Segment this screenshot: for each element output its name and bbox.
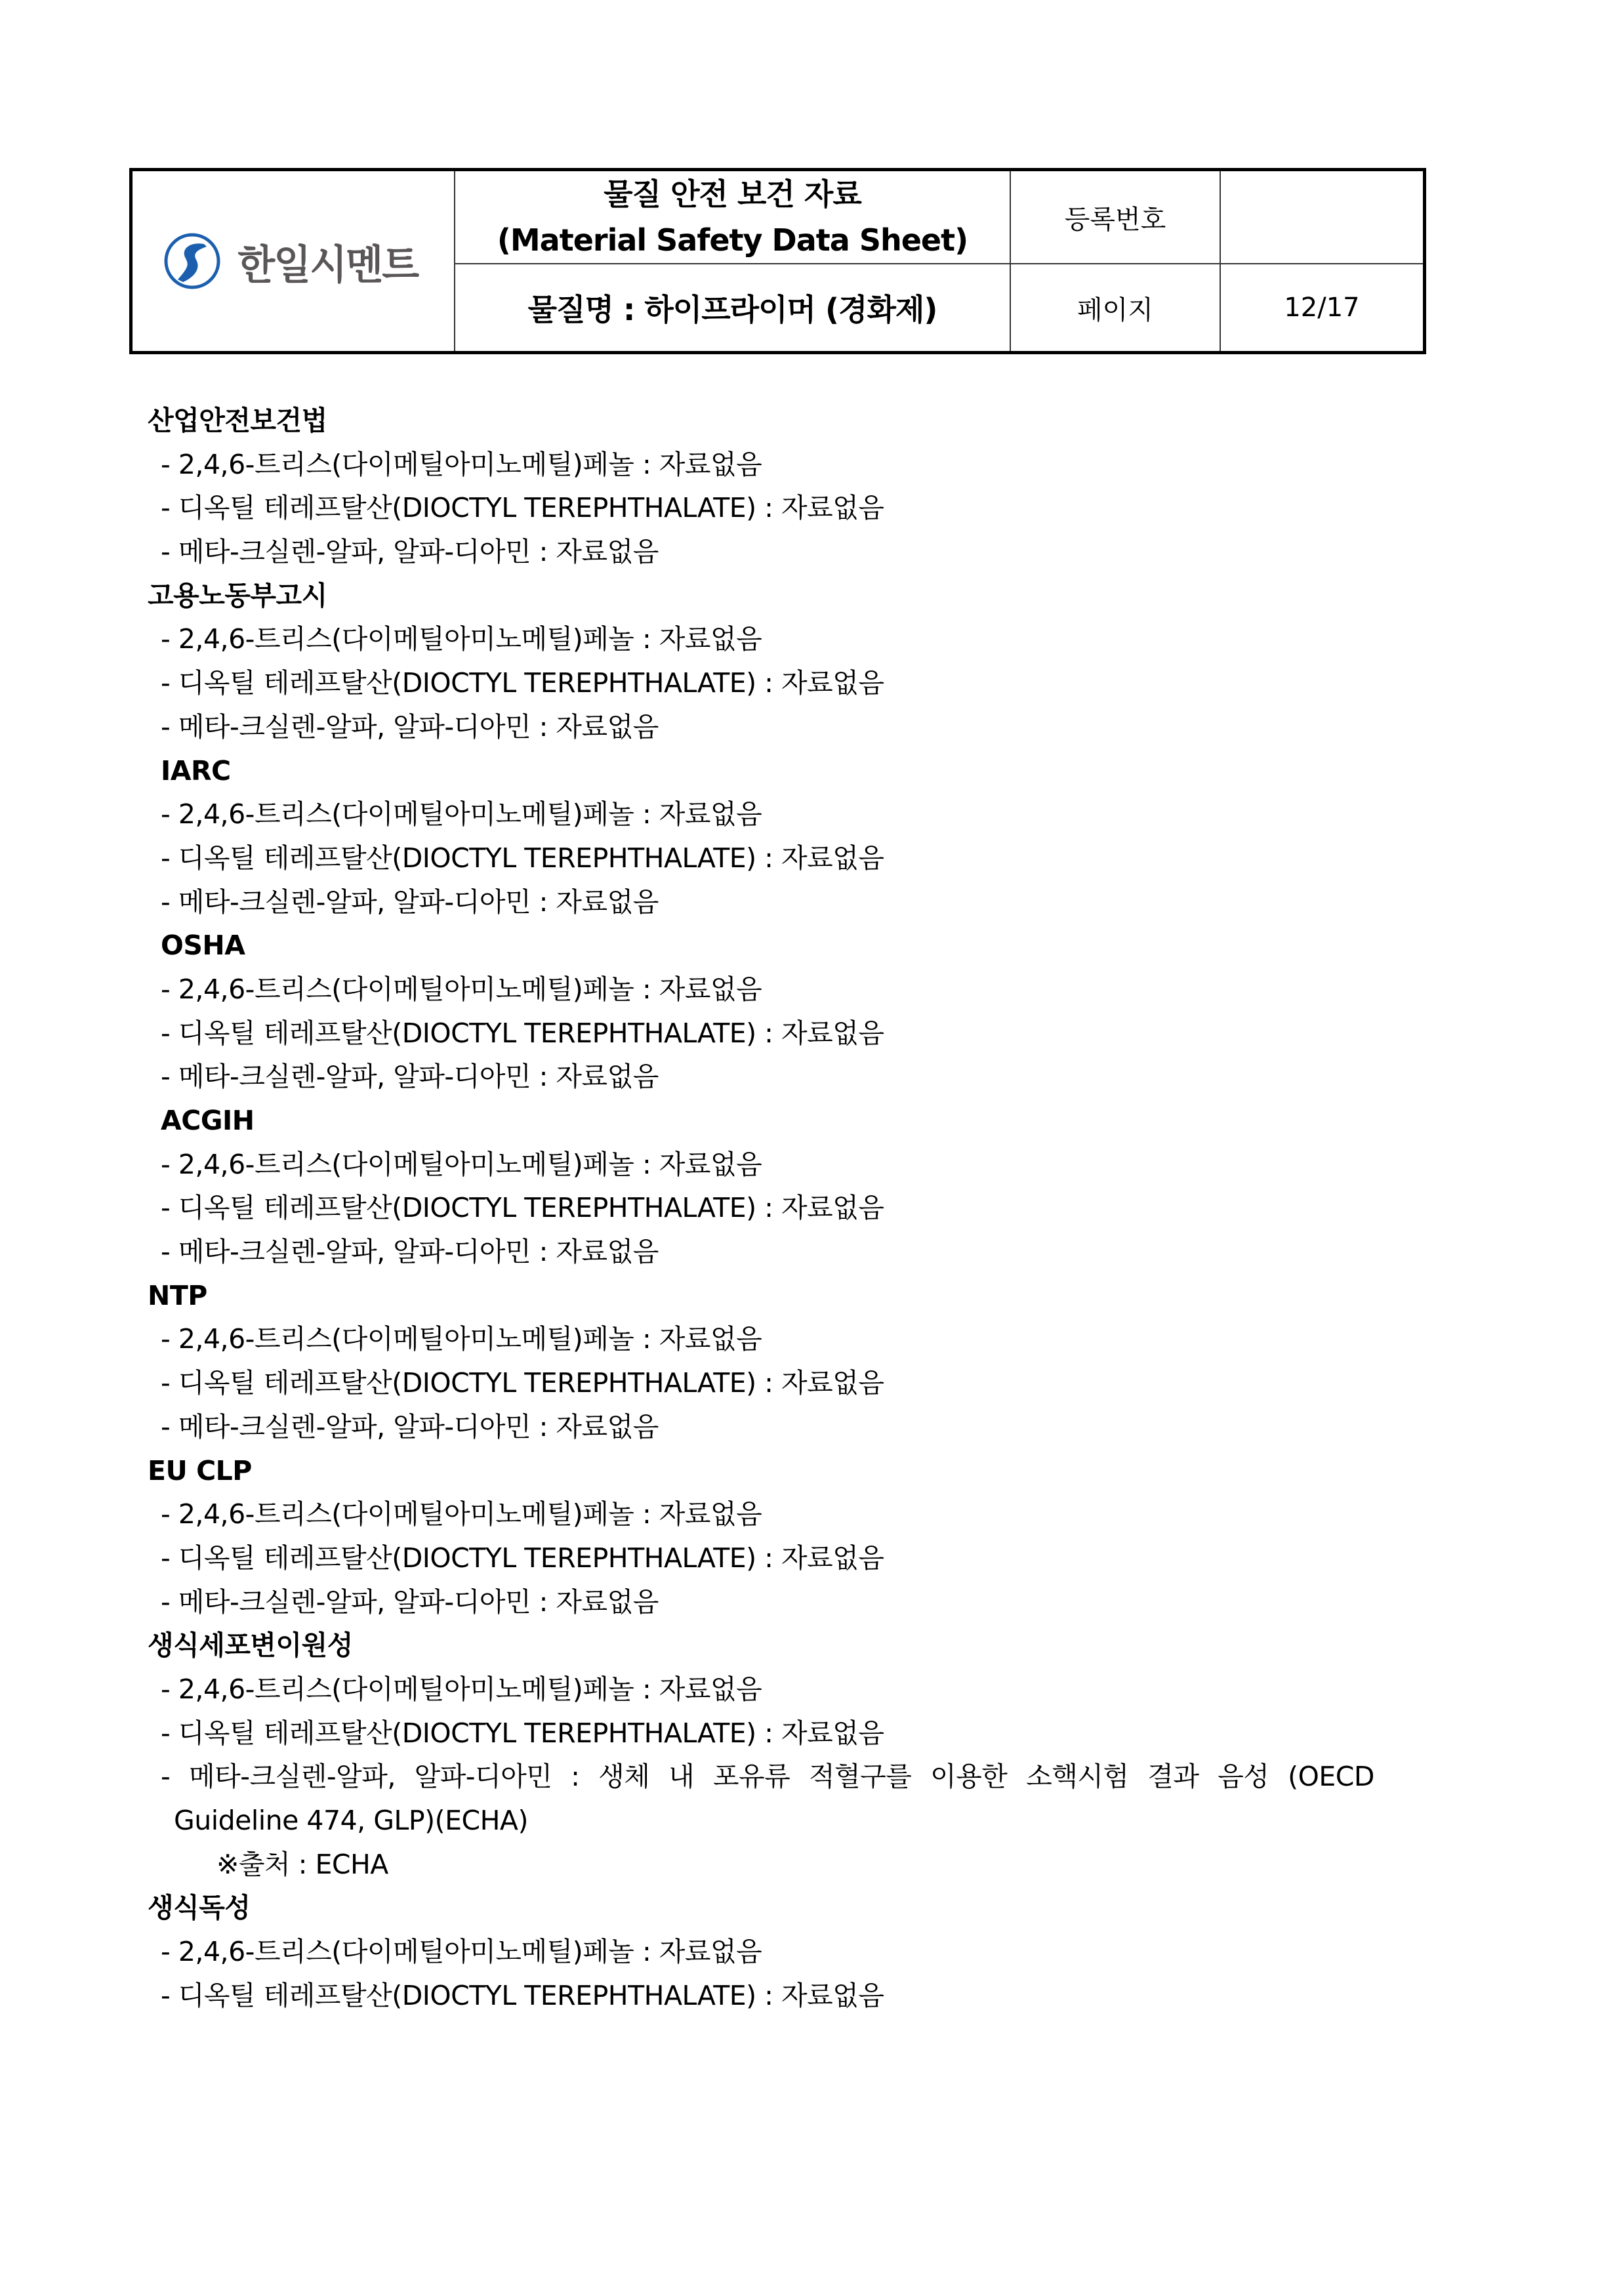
list-item: - 2,4,6-트리스(다이메틸아미노메틸)페놀 : 자료없음 <box>148 792 1394 836</box>
list-item: - 2,4,6-트리스(다이메틸아미노메틸)페놀 : 자료없음 <box>148 443 1394 487</box>
list-item: - 디옥틸 테레프탈산(DIOCTYL TEREPHTHALATE) : 자료없… <box>148 1712 1394 1755</box>
list-item: - 메타-크실렌-알파, 알파-디아민 : 자료없음 <box>148 1230 1394 1274</box>
list-item: - 메타-크실렌-알파, 알파-디아민 : 자료없음 <box>148 1580 1394 1624</box>
page-label: 페이지 <box>1010 264 1220 353</box>
list-item: - 디옥틸 테레프탈산(DIOCTYL TEREPHTHALATE) : 자료없… <box>148 836 1394 880</box>
document-title-en: (Material Safety Data Sheet) <box>455 217 1010 263</box>
section-heading: NTP <box>148 1274 1394 1318</box>
list-item: - 메타-크실렌-알파, 알파-디아민 : 자료없음 <box>148 705 1394 749</box>
list-item: - 디옥틸 테레프탈산(DIOCTYL TEREPHTHALATE) : 자료없… <box>148 1186 1394 1230</box>
list-item: - 디옥틸 테레프탈산(DIOCTYL TEREPHTHALATE) : 자료없… <box>148 1974 1394 2018</box>
logo-cell: 한일시멘트 <box>131 170 455 353</box>
material-name: 물질명 : 하이프라이머 (경화제) <box>455 264 1010 353</box>
section-heading: 생식독성 <box>148 1886 1394 1930</box>
list-item: - 2,4,6-트리스(다이메틸아미노메틸)페놀 : 자료없음 <box>148 1668 1394 1712</box>
list-item: - 메타-크실렌-알파, 알파-디아민 : 생체 내 포유류 적혈구를 이용한 … <box>148 1755 1374 1799</box>
company-logo: 한일시멘트 <box>133 232 454 291</box>
section-heading: OSHA <box>148 924 1394 968</box>
list-item: - 2,4,6-트리스(다이메틸아미노메틸)페놀 : 자료없음 <box>148 1930 1394 1974</box>
list-item: - 메타-크실렌-알파, 알파-디아민 : 자료없음 <box>148 530 1394 574</box>
registration-value <box>1220 170 1425 264</box>
page-number: 12/17 <box>1220 264 1425 353</box>
section-heading: ACGIH <box>148 1099 1394 1143</box>
source-note: ※출처 : ECHA <box>148 1843 1394 1887</box>
list-item: - 2,4,6-트리스(다이메틸아미노메틸)페놀 : 자료없음 <box>148 1317 1394 1361</box>
list-item: - 디옥틸 테레프탈산(DIOCTYL TEREPHTHALATE) : 자료없… <box>148 1536 1394 1580</box>
list-item: - 메타-크실렌-알파, 알파-디아민 : 자료없음 <box>148 880 1394 924</box>
section-heading: 고용노동부고시 <box>148 574 1394 618</box>
company-name: 한일시멘트 <box>238 232 419 291</box>
list-item: - 2,4,6-트리스(다이메틸아미노메틸)페놀 : 자료없음 <box>148 1492 1394 1536</box>
list-item: - 디옥틸 테레프탈산(DIOCTYL TEREPHTHALATE) : 자료없… <box>148 1012 1394 1056</box>
list-item: - 2,4,6-트리스(다이메틸아미노메틸)페놀 : 자료없음 <box>148 1143 1394 1187</box>
document-title-cell: 물질 안전 보건 자료 (Material Safety Data Sheet) <box>455 170 1010 264</box>
list-item: - 디옥틸 테레프탈산(DIOCTYL TEREPHTHALATE) : 자료없… <box>148 661 1394 705</box>
document-body: 산업안전보건법 - 2,4,6-트리스(다이메틸아미노메틸)페놀 : 자료없음 … <box>148 399 1394 2017</box>
document-title-ko: 물질 안전 보건 자료 <box>455 171 1010 217</box>
list-item: - 메타-크실렌-알파, 알파-디아민 : 자료없음 <box>148 1055 1394 1099</box>
section-heading: EU CLP <box>148 1449 1394 1493</box>
hanil-s-logo-icon <box>163 232 221 290</box>
section-heading: 산업안전보건법 <box>148 399 1394 443</box>
section-heading: IARC <box>148 749 1394 793</box>
registration-label: 등록번호 <box>1010 170 1220 264</box>
list-item: - 디옥틸 테레프탈산(DIOCTYL TEREPHTHALATE) : 자료없… <box>148 486 1394 530</box>
list-item: - 디옥틸 테레프탈산(DIOCTYL TEREPHTHALATE) : 자료없… <box>148 1361 1394 1405</box>
list-item-continuation: Guideline 474, GLP)(ECHA) <box>148 1799 1394 1843</box>
list-item: - 2,4,6-트리스(다이메틸아미노메틸)페놀 : 자료없음 <box>148 968 1394 1012</box>
list-item: - 2,4,6-트리스(다이메틸아미노메틸)페놀 : 자료없음 <box>148 617 1394 661</box>
section-heading: 생식세포변이원성 <box>148 1624 1394 1668</box>
document-header-table: 한일시멘트 물질 안전 보건 자료 (Material Safety Data … <box>129 168 1426 354</box>
list-item: - 메타-크실렌-알파, 알파-디아민 : 자료없음 <box>148 1405 1394 1449</box>
